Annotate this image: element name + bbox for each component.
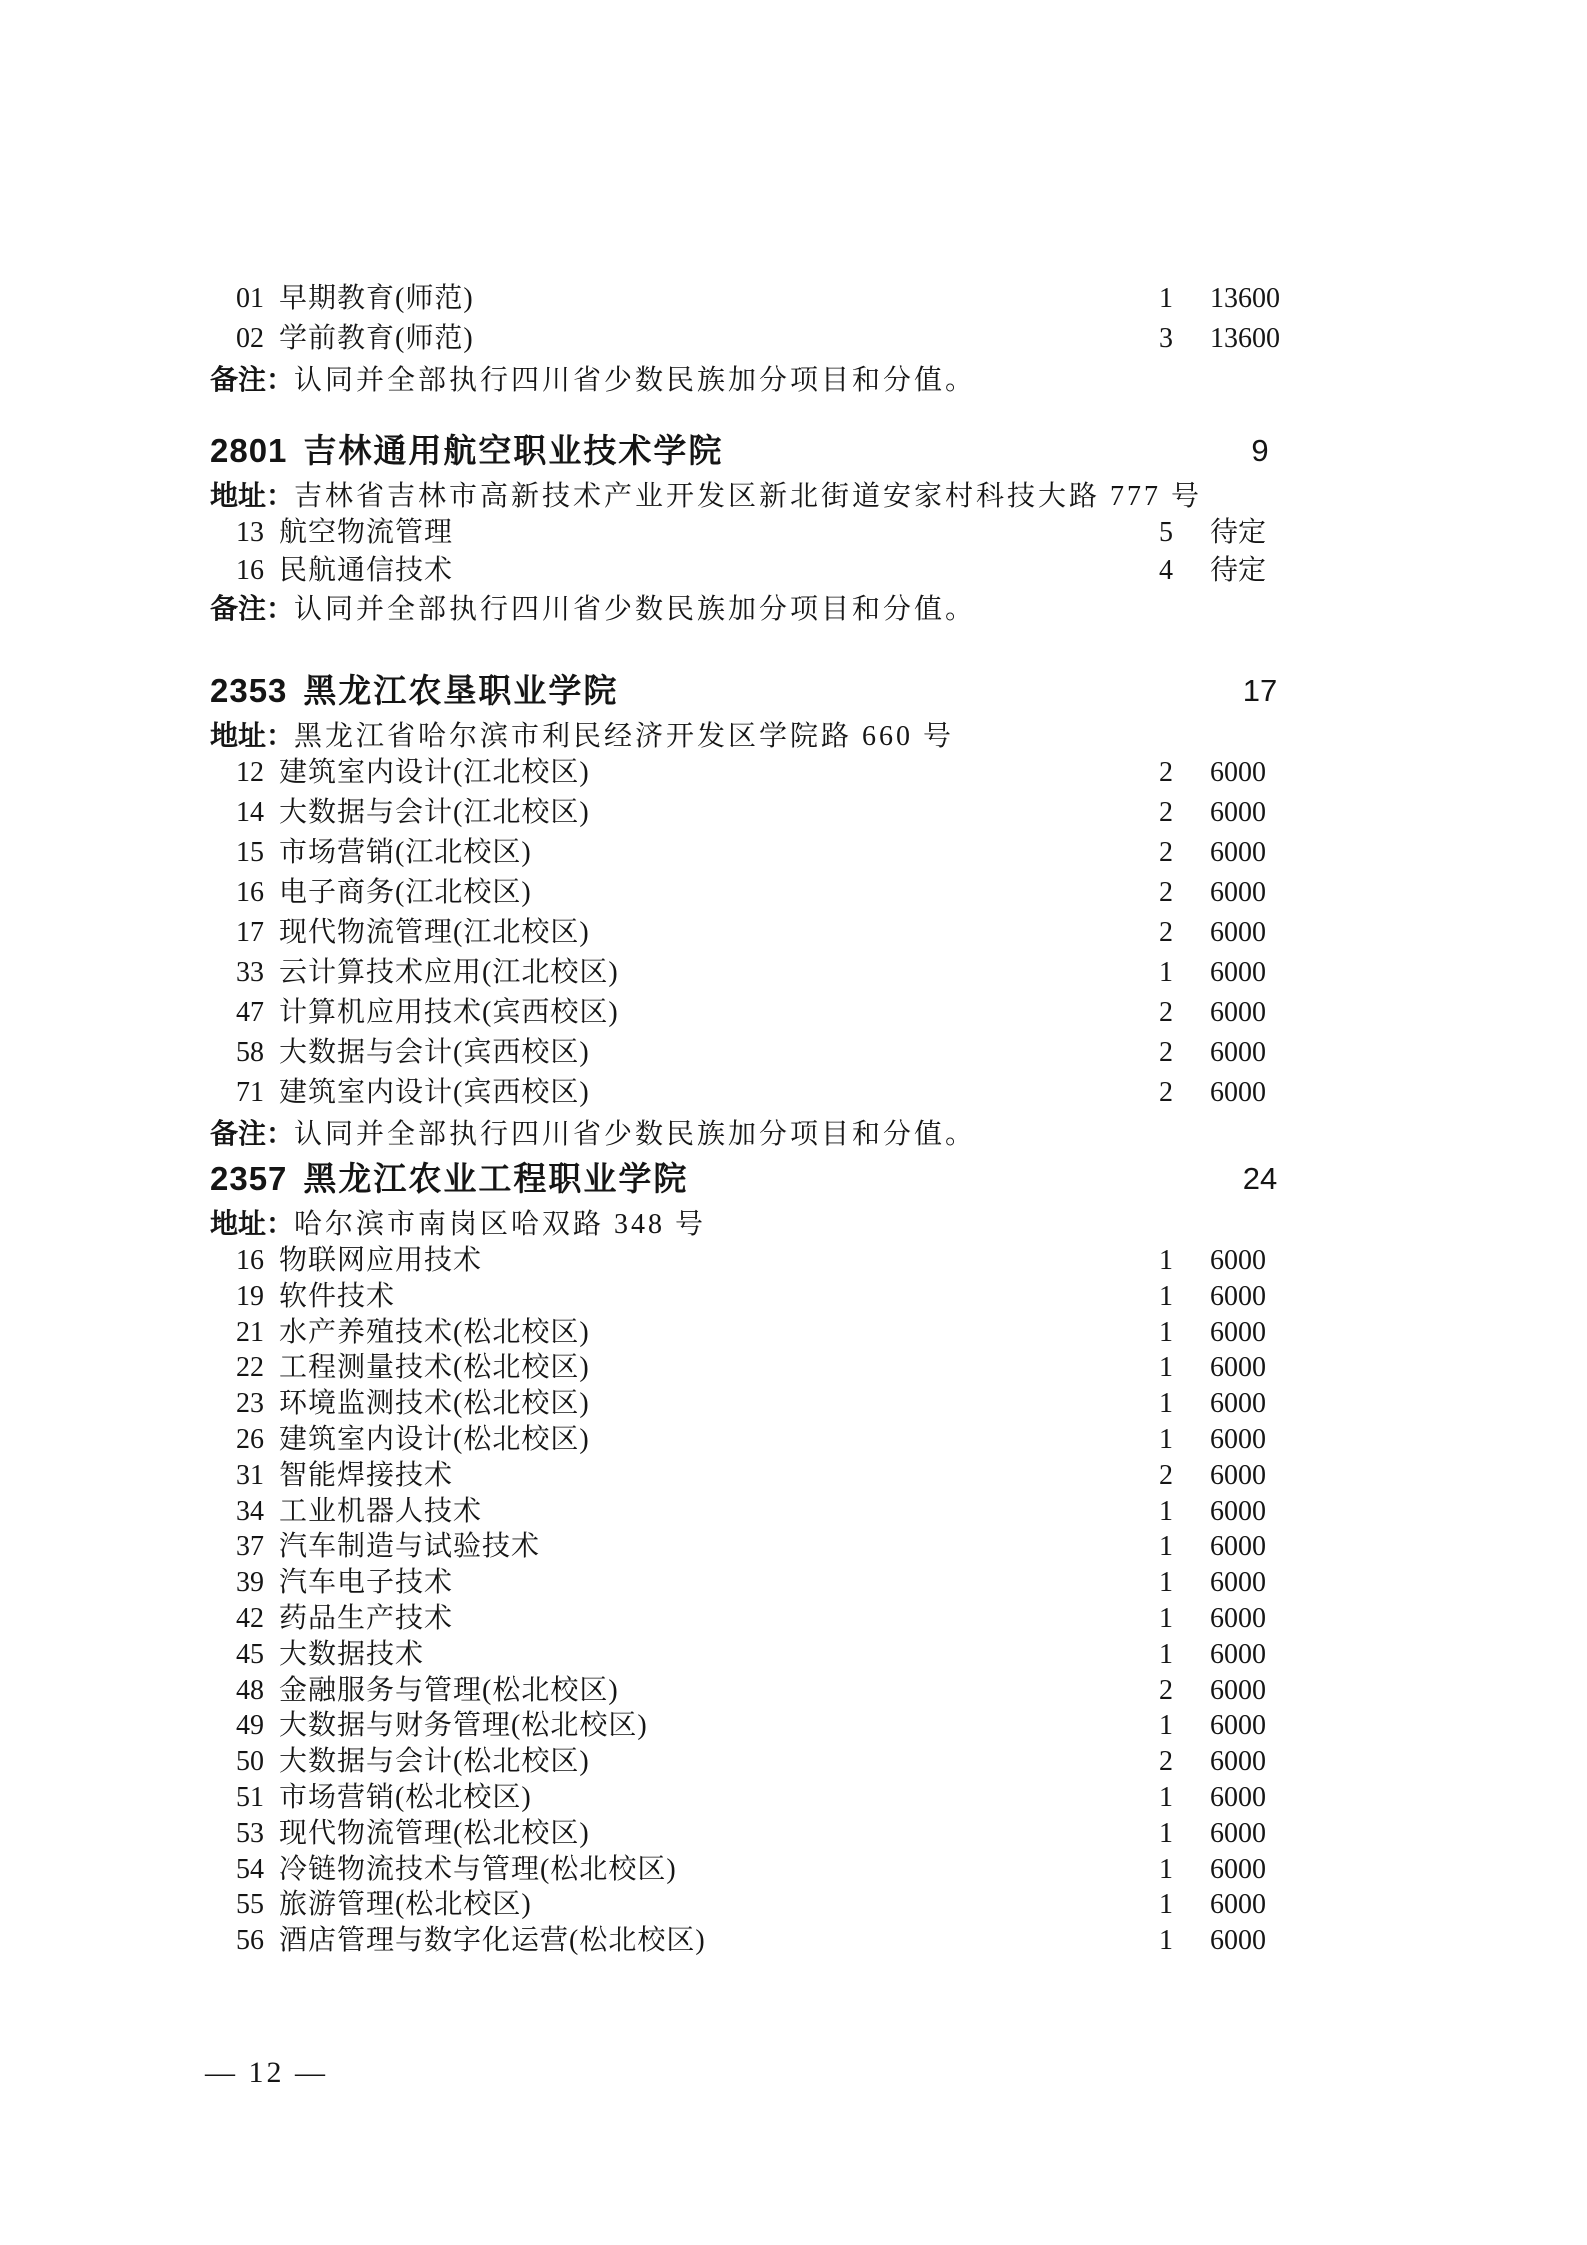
program-quota: 3 — [1136, 322, 1196, 362]
program-row: 16民航通信技术4待定 — [210, 554, 1290, 592]
program-row: 56酒店管理与数字化运营(松北校区)16000 — [210, 1924, 1290, 1960]
program-quota: 1 — [1136, 1566, 1196, 1602]
program-fee: 6000 — [1196, 1709, 1290, 1745]
program-quota: 1 — [1136, 1316, 1196, 1352]
program-number: 13 — [210, 516, 264, 554]
remark-row: 备注：认同并全部执行四川省少数民族加分项目和分值。 — [210, 1116, 1290, 1156]
program-name: 建筑室内设计(宾西校区) — [279, 1076, 1136, 1116]
program-fee: 6000 — [1196, 756, 1290, 796]
program-name: 大数据与会计(松北校区) — [279, 1745, 1136, 1781]
program-number: 54 — [210, 1853, 264, 1889]
page-number: — 12 — — [205, 2056, 328, 2090]
program-name: 电子商务(江北校区) — [279, 876, 1136, 916]
section-2801: 2801吉林通用航空职业技术学院9地址：吉林省吉林市高新技术产业开发区新北街道安… — [210, 430, 1290, 631]
program-name: 冷链物流技术与管理(松北校区) — [279, 1853, 1136, 1889]
program-quota: 1 — [1136, 1351, 1196, 1387]
program-fee: 6000 — [1196, 836, 1290, 876]
program-quota: 2 — [1136, 996, 1196, 1036]
program-fee: 6000 — [1196, 1530, 1290, 1566]
program-number: 33 — [210, 956, 264, 996]
program-fee: 6000 — [1196, 1853, 1290, 1889]
program-name: 大数据与财务管理(松北校区) — [279, 1709, 1136, 1745]
program-name: 旅游管理(松北校区) — [279, 1888, 1136, 1924]
program-fee: 6000 — [1196, 1602, 1290, 1638]
program-row: 16电子商务(江北校区)26000 — [210, 876, 1290, 916]
program-quota: 5 — [1136, 516, 1196, 554]
program-number: 58 — [210, 1036, 264, 1076]
address-label: 地址： — [210, 480, 294, 511]
program-row: 42药品生产技术16000 — [210, 1602, 1290, 1638]
program-number: 23 — [210, 1387, 264, 1423]
section-code: 2357 — [210, 1158, 287, 1200]
program-quota: 2 — [1136, 916, 1196, 956]
program-row: 23环境监测技术(松北校区)16000 — [210, 1387, 1290, 1423]
program-row: 51市场营销(松北校区)16000 — [210, 1781, 1290, 1817]
program-quota: 1 — [1136, 1888, 1196, 1924]
program-quota: 1 — [1136, 1530, 1196, 1566]
program-name: 建筑室内设计(松北校区) — [279, 1423, 1136, 1459]
program-name: 工程测量技术(松北校区) — [279, 1351, 1136, 1387]
program-fee: 待定 — [1196, 554, 1290, 592]
program-fee: 6000 — [1196, 1351, 1290, 1387]
program-name: 现代物流管理(江北校区) — [279, 916, 1136, 956]
program-name: 航空物流管理 — [279, 516, 1136, 554]
program-number: 49 — [210, 1709, 264, 1745]
remark-row: 备注：认同并全部执行四川省少数民族加分项目和分值。 — [210, 591, 1290, 631]
address-text: 吉林省吉林市高新技术产业开发区新北街道安家村科技大路 777 号 — [294, 481, 1202, 512]
section-plan-count: 9 — [1230, 430, 1290, 472]
program-row: 37汽车制造与试验技术16000 — [210, 1530, 1290, 1566]
program-row: 21水产养殖技术(松北校区)16000 — [210, 1316, 1290, 1352]
program-name: 汽车电子技术 — [279, 1566, 1136, 1602]
program-number: 22 — [210, 1351, 264, 1387]
program-row: 33云计算技术应用(江北校区)16000 — [210, 956, 1290, 996]
program-quota: 1 — [1136, 1602, 1196, 1638]
section-plan-count: 17 — [1230, 670, 1290, 712]
remark-text: 认同并全部执行四川省少数民族加分项目和分值。 — [294, 1119, 976, 1150]
program-name: 市场营销(江北校区) — [279, 836, 1136, 876]
program-row: 39汽车电子技术16000 — [210, 1566, 1290, 1602]
section-continued: 01早期教育(师范)11360002学前教育(师范)313600备注：认同并全部… — [210, 282, 1290, 402]
program-row: 16物联网应用技术16000 — [210, 1244, 1290, 1280]
program-row: 71建筑室内设计(宾西校区)26000 — [210, 1076, 1290, 1116]
program-row: 22工程测量技术(松北校区)16000 — [210, 1351, 1290, 1387]
program-row: 02学前教育(师范)313600 — [210, 322, 1290, 362]
program-name: 金融服务与管理(松北校区) — [279, 1674, 1136, 1710]
address-row: 地址：吉林省吉林市高新技术产业开发区新北街道安家村科技大路 777 号 — [210, 478, 1290, 516]
address-row: 地址：哈尔滨市南岗区哈双路 348 号 — [210, 1206, 1290, 1244]
section-name: 黑龙江农业工程职业学院 — [303, 1158, 1230, 1200]
program-fee: 6000 — [1196, 1781, 1290, 1817]
program-fee: 待定 — [1196, 516, 1290, 554]
program-name: 环境监测技术(松北校区) — [279, 1387, 1136, 1423]
program-name: 软件技术 — [279, 1280, 1136, 1316]
program-fee: 6000 — [1196, 1745, 1290, 1781]
program-fee: 6000 — [1196, 1423, 1290, 1459]
program-row: 31智能焊接技术26000 — [210, 1459, 1290, 1495]
program-quota: 4 — [1136, 554, 1196, 592]
program-fee: 6000 — [1196, 1387, 1290, 1423]
program-name: 药品生产技术 — [279, 1602, 1136, 1638]
program-row: 53现代物流管理(松北校区)16000 — [210, 1817, 1290, 1853]
program-name: 现代物流管理(松北校区) — [279, 1817, 1136, 1853]
remark-label: 备注： — [210, 364, 294, 395]
program-quota: 2 — [1136, 876, 1196, 916]
program-fee: 6000 — [1196, 996, 1290, 1036]
address-label: 地址： — [210, 720, 294, 751]
program-name: 智能焊接技术 — [279, 1459, 1136, 1495]
program-number: 26 — [210, 1423, 264, 1459]
program-row: 47计算机应用技术(宾西校区)26000 — [210, 996, 1290, 1036]
program-quota: 1 — [1136, 1709, 1196, 1745]
program-name: 早期教育(师范) — [279, 282, 1136, 322]
program-number: 12 — [210, 756, 264, 796]
program-name: 计算机应用技术(宾西校区) — [279, 996, 1136, 1036]
program-fee: 6000 — [1196, 796, 1290, 836]
program-quota: 2 — [1136, 756, 1196, 796]
section-2353: 2353黑龙江农垦职业学院17地址：黑龙江省哈尔滨市利民经济开发区学院路 660… — [210, 670, 1290, 1156]
program-number: 19 — [210, 1280, 264, 1316]
section-2357: 2357黑龙江农业工程职业学院24地址：哈尔滨市南岗区哈双路 348 号16物联… — [210, 1158, 1290, 1960]
program-row: 15市场营销(江北校区)26000 — [210, 836, 1290, 876]
section-header: 2357黑龙江农业工程职业学院24 — [210, 1158, 1290, 1206]
program-row: 01早期教育(师范)113600 — [210, 282, 1290, 322]
program-quota: 2 — [1136, 1076, 1196, 1116]
program-number: 56 — [210, 1924, 264, 1960]
program-row: 26建筑室内设计(松北校区)16000 — [210, 1423, 1290, 1459]
program-number: 53 — [210, 1817, 264, 1853]
document-page: { "document": { "footer_text": "— 12 —",… — [0, 0, 1587, 2245]
program-fee: 6000 — [1196, 956, 1290, 996]
program-quota: 1 — [1136, 1781, 1196, 1817]
program-number: 14 — [210, 796, 264, 836]
program-name: 云计算技术应用(江北校区) — [279, 956, 1136, 996]
program-quota: 1 — [1136, 1244, 1196, 1280]
program-row: 45大数据技术16000 — [210, 1638, 1290, 1674]
program-row: 55旅游管理(松北校区)16000 — [210, 1888, 1290, 1924]
program-quota: 1 — [1136, 1387, 1196, 1423]
program-number: 16 — [210, 876, 264, 916]
program-quota: 2 — [1136, 1745, 1196, 1781]
program-row: 48金融服务与管理(松北校区)26000 — [210, 1674, 1290, 1710]
program-name: 大数据与会计(江北校区) — [279, 796, 1136, 836]
program-number: 01 — [210, 282, 264, 322]
program-row: 17现代物流管理(江北校区)26000 — [210, 916, 1290, 956]
program-number: 16 — [210, 1244, 264, 1280]
program-fee: 6000 — [1196, 1280, 1290, 1316]
program-number: 21 — [210, 1316, 264, 1352]
program-quota: 1 — [1136, 282, 1196, 322]
program-quota: 1 — [1136, 956, 1196, 996]
program-number: 50 — [210, 1745, 264, 1781]
section-name: 黑龙江农垦职业学院 — [303, 670, 1230, 712]
program-quota: 2 — [1136, 1674, 1196, 1710]
program-quota: 1 — [1136, 1924, 1196, 1960]
program-name: 市场营销(松北校区) — [279, 1781, 1136, 1817]
program-name: 大数据与会计(宾西校区) — [279, 1036, 1136, 1076]
program-row: 12建筑室内设计(江北校区)26000 — [210, 756, 1290, 796]
program-number: 02 — [210, 322, 264, 362]
program-quota: 1 — [1136, 1817, 1196, 1853]
program-fee: 6000 — [1196, 1076, 1290, 1116]
program-fee: 13600 — [1196, 322, 1290, 362]
program-row: 49大数据与财务管理(松北校区)16000 — [210, 1709, 1290, 1745]
program-name: 学前教育(师范) — [279, 322, 1136, 362]
program-row: 50大数据与会计(松北校区)26000 — [210, 1745, 1290, 1781]
section-code: 2353 — [210, 670, 287, 712]
program-number: 71 — [210, 1076, 264, 1116]
program-quota: 1 — [1136, 1280, 1196, 1316]
program-fee: 6000 — [1196, 1674, 1290, 1710]
program-fee: 6000 — [1196, 1888, 1290, 1924]
section-header: 2353黑龙江农垦职业学院17 — [210, 670, 1290, 718]
program-name: 汽车制造与试验技术 — [279, 1530, 1136, 1566]
program-number: 31 — [210, 1459, 264, 1495]
program-quota: 1 — [1136, 1853, 1196, 1889]
program-fee: 6000 — [1196, 1638, 1290, 1674]
program-row: 54冷链物流技术与管理(松北校区)16000 — [210, 1853, 1290, 1889]
program-number: 45 — [210, 1638, 264, 1674]
remark-row: 备注：认同并全部执行四川省少数民族加分项目和分值。 — [210, 362, 1290, 402]
program-number: 15 — [210, 836, 264, 876]
program-number: 17 — [210, 916, 264, 956]
program-fee: 13600 — [1196, 282, 1290, 322]
program-fee: 6000 — [1196, 1244, 1290, 1280]
address-row: 地址：黑龙江省哈尔滨市利民经济开发区学院路 660 号 — [210, 718, 1290, 756]
program-name: 民航通信技术 — [279, 554, 1136, 592]
program-fee: 6000 — [1196, 1495, 1290, 1531]
remark-text: 认同并全部执行四川省少数民族加分项目和分值。 — [294, 365, 976, 396]
program-number: 37 — [210, 1530, 264, 1566]
program-number: 16 — [210, 554, 264, 592]
program-number: 34 — [210, 1495, 264, 1531]
program-number: 47 — [210, 996, 264, 1036]
program-quota: 2 — [1136, 836, 1196, 876]
program-fee: 6000 — [1196, 876, 1290, 916]
program-number: 51 — [210, 1781, 264, 1817]
remark-label: 备注： — [210, 593, 294, 624]
program-number: 39 — [210, 1566, 264, 1602]
program-name: 建筑室内设计(江北校区) — [279, 756, 1136, 796]
section-code: 2801 — [210, 430, 287, 472]
program-quota: 1 — [1136, 1638, 1196, 1674]
program-name: 大数据技术 — [279, 1638, 1136, 1674]
program-fee: 6000 — [1196, 1459, 1290, 1495]
program-name: 酒店管理与数字化运营(松北校区) — [279, 1924, 1136, 1960]
program-fee: 6000 — [1196, 916, 1290, 956]
program-fee: 6000 — [1196, 1036, 1290, 1076]
program-row: 13航空物流管理5待定 — [210, 516, 1290, 554]
program-fee: 6000 — [1196, 1316, 1290, 1352]
program-number: 48 — [210, 1674, 264, 1710]
program-row: 34工业机器人技术16000 — [210, 1495, 1290, 1531]
program-number: 42 — [210, 1602, 264, 1638]
address-text: 黑龙江省哈尔滨市利民经济开发区学院路 660 号 — [294, 721, 954, 752]
program-name: 物联网应用技术 — [279, 1244, 1136, 1280]
remark-label: 备注： — [210, 1118, 294, 1149]
program-fee: 6000 — [1196, 1817, 1290, 1853]
program-name: 工业机器人技术 — [279, 1495, 1136, 1531]
program-quota: 1 — [1136, 1423, 1196, 1459]
program-fee: 6000 — [1196, 1566, 1290, 1602]
program-quota: 2 — [1136, 796, 1196, 836]
program-quota: 2 — [1136, 1459, 1196, 1495]
section-header: 2801吉林通用航空职业技术学院9 — [210, 430, 1290, 478]
section-plan-count: 24 — [1230, 1158, 1290, 1200]
program-name: 水产养殖技术(松北校区) — [279, 1316, 1136, 1352]
program-row: 58大数据与会计(宾西校区)26000 — [210, 1036, 1290, 1076]
remark-text: 认同并全部执行四川省少数民族加分项目和分值。 — [294, 594, 976, 625]
program-fee: 6000 — [1196, 1924, 1290, 1960]
address-label: 地址： — [210, 1208, 294, 1239]
program-quota: 1 — [1136, 1495, 1196, 1531]
section-name: 吉林通用航空职业技术学院 — [303, 430, 1230, 472]
program-row: 14大数据与会计(江北校区)26000 — [210, 796, 1290, 836]
address-text: 哈尔滨市南岗区哈双路 348 号 — [294, 1209, 706, 1240]
program-number: 55 — [210, 1888, 264, 1924]
program-row: 19软件技术16000 — [210, 1280, 1290, 1316]
program-quota: 2 — [1136, 1036, 1196, 1076]
